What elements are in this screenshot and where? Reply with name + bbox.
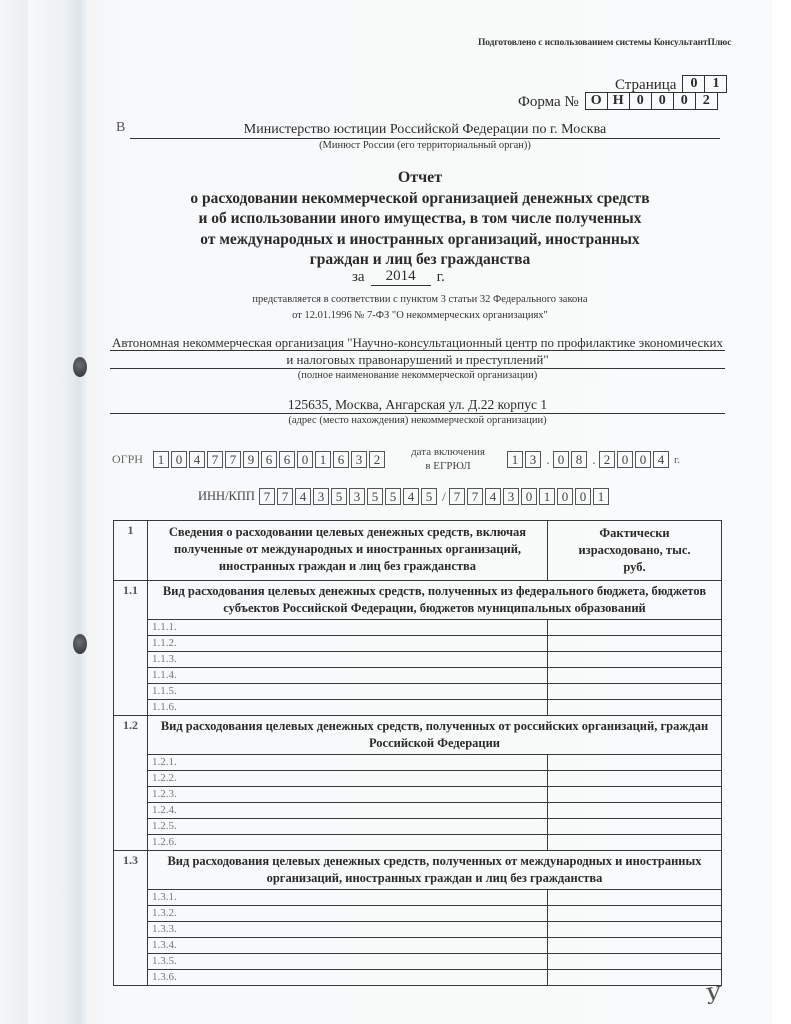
row-label[interactable]: 1.3.5. <box>148 954 548 970</box>
date-separator: . <box>543 452 553 468</box>
egrul-year-digit: 2 <box>599 451 615 468</box>
prepared-note: Подготовлено с использованием системы Ко… <box>478 38 731 48</box>
row-value-cell[interactable] <box>548 636 722 652</box>
legal-basis-line: представляется в соответствии с пунктом … <box>150 292 690 308</box>
organization-address-field[interactable]: 125635, Москва, Ангарская ул. Д.22 корпу… <box>110 396 725 414</box>
inn-digit: 4 <box>403 488 419 505</box>
ogrn-digit: 1 <box>315 451 331 468</box>
page-number-block: Страница 0 1 <box>615 75 727 93</box>
title-line: и об использовании иного имущества, в то… <box>150 209 690 230</box>
title-line: Отчет <box>150 168 690 189</box>
inn-kpp-label: ИНН/КПП <box>198 489 255 504</box>
table-row: 1.1.5. <box>114 684 722 700</box>
report-title: Отчет о расходовании некоммерческой орга… <box>150 168 690 271</box>
table-row: 1.2.3. <box>114 787 722 803</box>
row-value-cell[interactable] <box>548 906 722 922</box>
date-separator: . <box>589 452 599 468</box>
group-number: 1.2 <box>114 716 148 851</box>
form-code-char: 0 <box>651 92 673 110</box>
table-row: 1.3.6. <box>114 970 722 986</box>
expenditure-table: 1 Сведения о расходовании целевых денежн… <box>113 520 722 986</box>
row-value-cell[interactable] <box>548 787 722 803</box>
row-label[interactable]: 1.1.3. <box>148 652 548 668</box>
table-row: 1.3.3. <box>114 922 722 938</box>
kpp-digit: 1 <box>593 488 609 505</box>
inn-digit: 5 <box>385 488 401 505</box>
ogrn-digit: 0 <box>171 451 187 468</box>
row-value-cell[interactable] <box>548 620 722 636</box>
inn-digit: 5 <box>421 488 437 505</box>
ogrn-digit: 7 <box>207 451 223 468</box>
ogrn-digit: 9 <box>243 451 259 468</box>
row-label[interactable]: 1.1.5. <box>148 684 548 700</box>
inn-digit: 4 <box>295 488 311 505</box>
table-row: 1.1.4. <box>114 668 722 684</box>
egrul-date-block: 1 3 . 0 8 . 2 0 0 4 г. <box>507 451 680 468</box>
row-value-cell[interactable] <box>548 835 722 851</box>
row-label[interactable]: 1.3.6. <box>148 970 548 986</box>
egrul-label: дата включения в ЕГРЮЛ <box>408 445 488 473</box>
punch-hole-icon <box>73 634 87 654</box>
kpp-digit: 3 <box>503 488 519 505</box>
form-code-char: 2 <box>695 92 718 110</box>
group-title: Вид расходования целевых денежных средст… <box>148 581 722 620</box>
row-label[interactable]: 1.3.2. <box>148 906 548 922</box>
page-digit: 0 <box>682 75 704 93</box>
period-suffix: г. <box>437 269 445 286</box>
row-label[interactable]: 1.3.3. <box>148 922 548 938</box>
inn-digit: 7 <box>277 488 293 505</box>
row-label[interactable]: 1.2.5. <box>148 819 548 835</box>
scan-background <box>0 0 30 1024</box>
row-label[interactable]: 1.2.3. <box>148 787 548 803</box>
table-row: 1.3.1. <box>114 890 722 906</box>
inn-digit: 5 <box>331 488 347 505</box>
group-number: 1.3 <box>114 851 148 986</box>
egrul-month-digit: 8 <box>571 451 587 468</box>
form-code-boxes: О Н 0 0 0 2 <box>585 92 718 110</box>
row-value-cell[interactable] <box>548 922 722 938</box>
ogrn-digit: 6 <box>261 451 277 468</box>
row-value-cell[interactable] <box>548 684 722 700</box>
group-header-row: 1.3 Вид расходования целевых денежных ср… <box>114 851 722 890</box>
punch-hole-icon <box>73 357 87 377</box>
kpp-digit: 1 <box>539 488 555 505</box>
egrul-suffix: г. <box>674 454 680 466</box>
row-label[interactable]: 1.1.1. <box>148 620 548 636</box>
row-label[interactable]: 1.1.6. <box>148 700 548 716</box>
kpp-digit: 0 <box>557 488 573 505</box>
group-title: Вид расходования целевых денежных средст… <box>148 851 722 890</box>
org-name-line: Автономная некоммерческая организация "Н… <box>110 334 725 351</box>
egrul-day-digit: 3 <box>525 451 541 468</box>
ogrn-digit: 7 <box>225 451 241 468</box>
row-value-cell[interactable] <box>548 668 722 684</box>
row-value-cell[interactable] <box>548 700 722 716</box>
table-row: 1.3.2. <box>114 906 722 922</box>
inn-digit: 7 <box>259 488 275 505</box>
kpp-digit: 7 <box>449 488 465 505</box>
form-number-block: Форма № О Н 0 0 0 2 <box>518 92 718 110</box>
kpp-digit: 0 <box>575 488 591 505</box>
ogrn-digit: 3 <box>351 451 367 468</box>
page-number-boxes: 0 1 <box>682 75 727 93</box>
group-header-row: 1.2 Вид расходования целевых денежных ср… <box>114 716 722 755</box>
period-prefix: за <box>352 269 365 286</box>
ogrn-digit: 6 <box>333 451 349 468</box>
form-code-char: 0 <box>629 92 651 110</box>
recipient-field[interactable]: Министерство юстиции Российской Федераци… <box>130 121 720 139</box>
kpp-digit: 7 <box>467 488 483 505</box>
ogrn-digit: 4 <box>189 451 205 468</box>
group-title: Вид расходования целевых денежных средст… <box>148 716 722 755</box>
row-label[interactable]: 1.3.1. <box>148 890 548 906</box>
row-label[interactable]: 1.2.4. <box>148 803 548 819</box>
form-label: Форма № <box>518 94 579 110</box>
egrul-month-digit: 0 <box>553 451 569 468</box>
ogrn-digit: 0 <box>297 451 313 468</box>
kpp-digit: 0 <box>521 488 537 505</box>
organization-name-field[interactable]: Автономная некоммерческая организация "Н… <box>110 334 725 369</box>
row-label[interactable]: 1.3.4. <box>148 938 548 954</box>
egrul-label-line: дата включения <box>408 445 488 459</box>
row-value-cell[interactable] <box>548 890 722 906</box>
ogrn-digit: 6 <box>279 451 295 468</box>
table-row: 1.3.5. <box>114 954 722 970</box>
page-digit: 1 <box>704 75 727 93</box>
table-header-row: 1 Сведения о расходовании целевых денежн… <box>114 521 722 581</box>
recipient-caption: (Минюст России (его территориальный орга… <box>130 140 720 151</box>
value-column-header: Фактически израсходовано, тыс. руб. <box>548 521 722 581</box>
row-value-cell[interactable] <box>548 803 722 819</box>
ogrn-label: ОГРН <box>112 452 143 467</box>
table-row: 1.1.6. <box>114 700 722 716</box>
egrul-year-digit: 0 <box>635 451 651 468</box>
egrul-label-line: в ЕГРЮЛ <box>408 459 488 473</box>
table-row: 1.1.1. <box>114 620 722 636</box>
group-number: 1.1 <box>114 581 148 716</box>
row-value-cell[interactable] <box>548 652 722 668</box>
inn-kpp-separator: / <box>439 489 449 505</box>
inn-digit: 5 <box>367 488 383 505</box>
org-name-line: и налоговых правонарушений и преступлени… <box>110 350 725 369</box>
table-row: 1.1.3. <box>114 652 722 668</box>
row-label[interactable]: 1.2.1. <box>148 755 548 771</box>
row-value-cell[interactable] <box>548 755 722 771</box>
report-period: за 2014 г. <box>352 268 445 286</box>
table-row: 1.2.2. <box>114 771 722 787</box>
egrul-day-digit: 1 <box>507 451 523 468</box>
previous-page-edge <box>28 0 80 1024</box>
row-value-cell[interactable] <box>548 938 722 954</box>
table-row: 1.3.4. <box>114 938 722 954</box>
form-code-char: Н <box>607 92 629 110</box>
row-label[interactable]: 1.1.4. <box>148 668 548 684</box>
page-label: Страница <box>615 77 676 93</box>
form-code-char: О <box>585 92 607 110</box>
row-value-cell[interactable] <box>548 771 722 787</box>
organization-address-caption: (адрес (место нахождения) некоммерческой… <box>110 415 725 426</box>
egrul-year-digit: 0 <box>617 451 633 468</box>
title-line: о расходовании некоммерческой организаци… <box>150 189 690 210</box>
year-field[interactable]: 2014 <box>371 268 431 286</box>
inn-digit: 3 <box>349 488 365 505</box>
organization-name-caption: (полное наименование некоммерческой орга… <box>110 370 725 381</box>
ogrn-block: ОГРН 1 0 4 7 7 9 6 6 0 1 6 3 2 <box>112 451 387 468</box>
legal-basis-line: от 12.01.1996 № 7-ФЗ "О некоммерческих о… <box>150 308 690 324</box>
section-number: 1 <box>114 521 148 581</box>
legal-basis: представляется в соответствии с пунктом … <box>150 292 690 324</box>
section-title: Сведения о расходовании целевых денежных… <box>148 521 548 581</box>
table-row: 1.2.1. <box>114 755 722 771</box>
row-label[interactable]: 1.1.2. <box>148 636 548 652</box>
row-value-cell[interactable] <box>548 970 722 986</box>
table-row: 1.2.5. <box>114 819 722 835</box>
row-value-cell[interactable] <box>548 819 722 835</box>
recipient-prefix: В <box>116 120 125 136</box>
title-line: от международных и иностранных организац… <box>150 230 690 251</box>
table-row: 1.2.4. <box>114 803 722 819</box>
table-row: 1.1.2. <box>114 636 722 652</box>
table-row: 1.2.6. <box>114 835 722 851</box>
form-code-char: 0 <box>673 92 695 110</box>
row-value-cell[interactable] <box>548 954 722 970</box>
row-label[interactable]: 1.2.6. <box>148 835 548 851</box>
row-label[interactable]: 1.2.2. <box>148 771 548 787</box>
group-header-row: 1.1 Вид расходования целевых денежных ср… <box>114 581 722 620</box>
inn-digit: 3 <box>313 488 329 505</box>
egrul-year-digit: 4 <box>653 451 669 468</box>
kpp-digit: 4 <box>485 488 501 505</box>
ogrn-digit: 1 <box>153 451 169 468</box>
page-margin <box>772 0 791 1024</box>
ogrn-digit: 2 <box>369 451 385 468</box>
inn-kpp-block: ИНН/КПП 7 7 4 3 5 3 5 5 4 5 / 7 7 4 3 0 … <box>198 488 611 505</box>
